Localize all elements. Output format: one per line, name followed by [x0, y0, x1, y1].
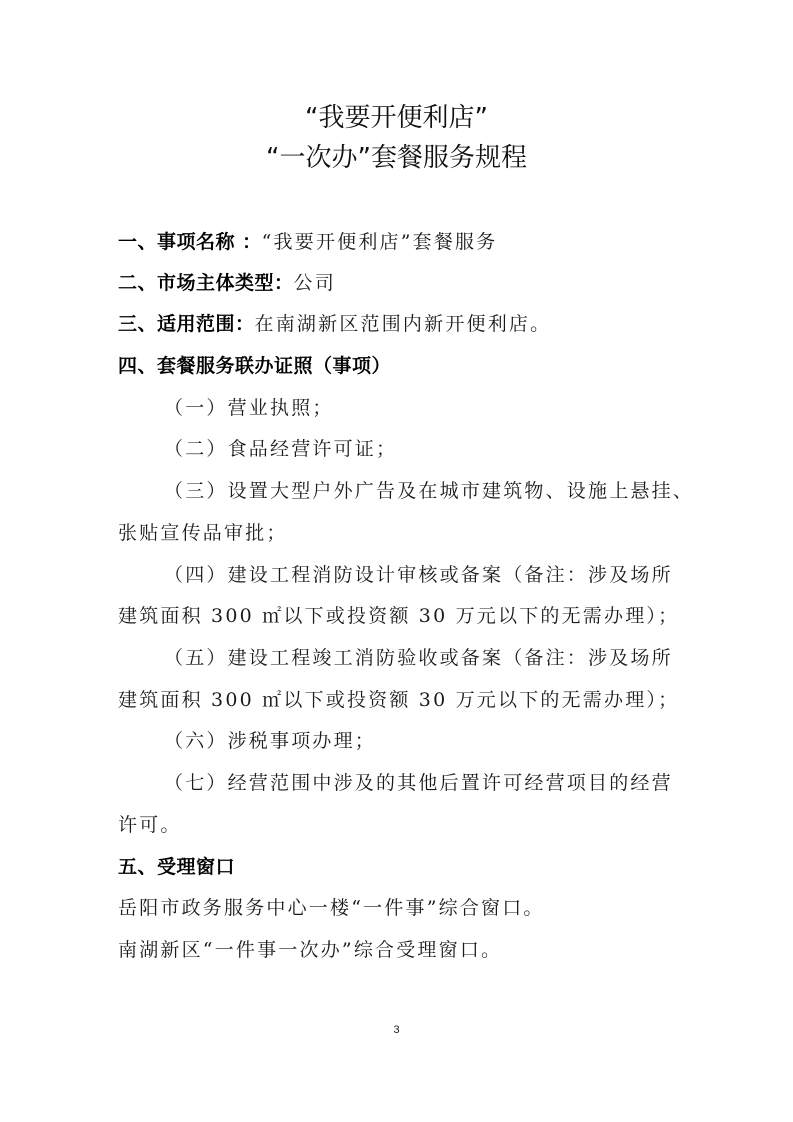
list-item-continuation: 建筑面积 300 ㎡以下或投资额 30 万元以下的无需办理）；	[118, 685, 688, 715]
list-item: （四）建设工程消防设计审核或备案（备注：涉及场所	[164, 560, 734, 590]
document-title-line-2: “一次办”套餐服务规程	[0, 138, 793, 178]
document-page: “我要开便利店” “一次办”套餐服务规程 一、事项名称 ：“我要开便利店”套餐服…	[0, 0, 793, 1122]
list-item-continuation: 张贴宣传品审批；	[118, 518, 688, 548]
list-item: （一）营业执照；	[164, 393, 734, 423]
section-4: 四、套餐服务联办证照（事项）	[118, 351, 688, 381]
section-2: 二、市场主体类型：公司	[118, 268, 688, 298]
list-item: （五）建设工程竣工消防验收或备案（备注：涉及场所	[164, 643, 734, 673]
list-item: （六）涉税事项办理；	[164, 726, 734, 756]
section-1: 一、事项名称 ：“我要开便利店”套餐服务	[118, 227, 688, 257]
document-title-line-1: “我要开便利店”	[0, 98, 793, 138]
list-item: （二）食品经营许可证；	[164, 434, 734, 464]
list-item-continuation: 许可。	[118, 810, 688, 840]
list-item: （三）设置大型户外广告及在城市建筑物、设施上悬挂、	[164, 476, 734, 506]
section-3-heading: 三、适用范围：	[118, 313, 255, 335]
section-1-heading: 一、事项名称 ：	[118, 231, 262, 253]
section-1-text: “我要开便利店”套餐服务	[262, 231, 498, 253]
section-3: 三、适用范围：在南湖新区范围内新开便利店。	[118, 309, 688, 339]
section-5-line: 南湖新区“一件事一次办”综合受理窗口。	[118, 935, 688, 965]
page-number: 3	[0, 1024, 793, 1036]
section-2-heading: 二、市场主体类型：	[118, 272, 294, 294]
section-2-text: 公司	[294, 272, 336, 294]
section-5-line: 岳阳市政务服务中心一楼“一件事”综合窗口。	[118, 893, 688, 923]
section-5-heading: 五、受理窗口	[118, 856, 235, 878]
list-item: （七）经营范围中涉及的其他后置许可经营项目的经营	[164, 768, 734, 798]
section-4-heading: 四、套餐服务联办证照（事项）	[118, 355, 391, 377]
section-3-text: 在南湖新区范围内新开便利店。	[255, 313, 552, 335]
section-5: 五、受理窗口	[118, 852, 688, 882]
list-item-continuation: 建筑面积 300 ㎡以下或投资额 30 万元以下的无需办理）；	[118, 601, 688, 631]
